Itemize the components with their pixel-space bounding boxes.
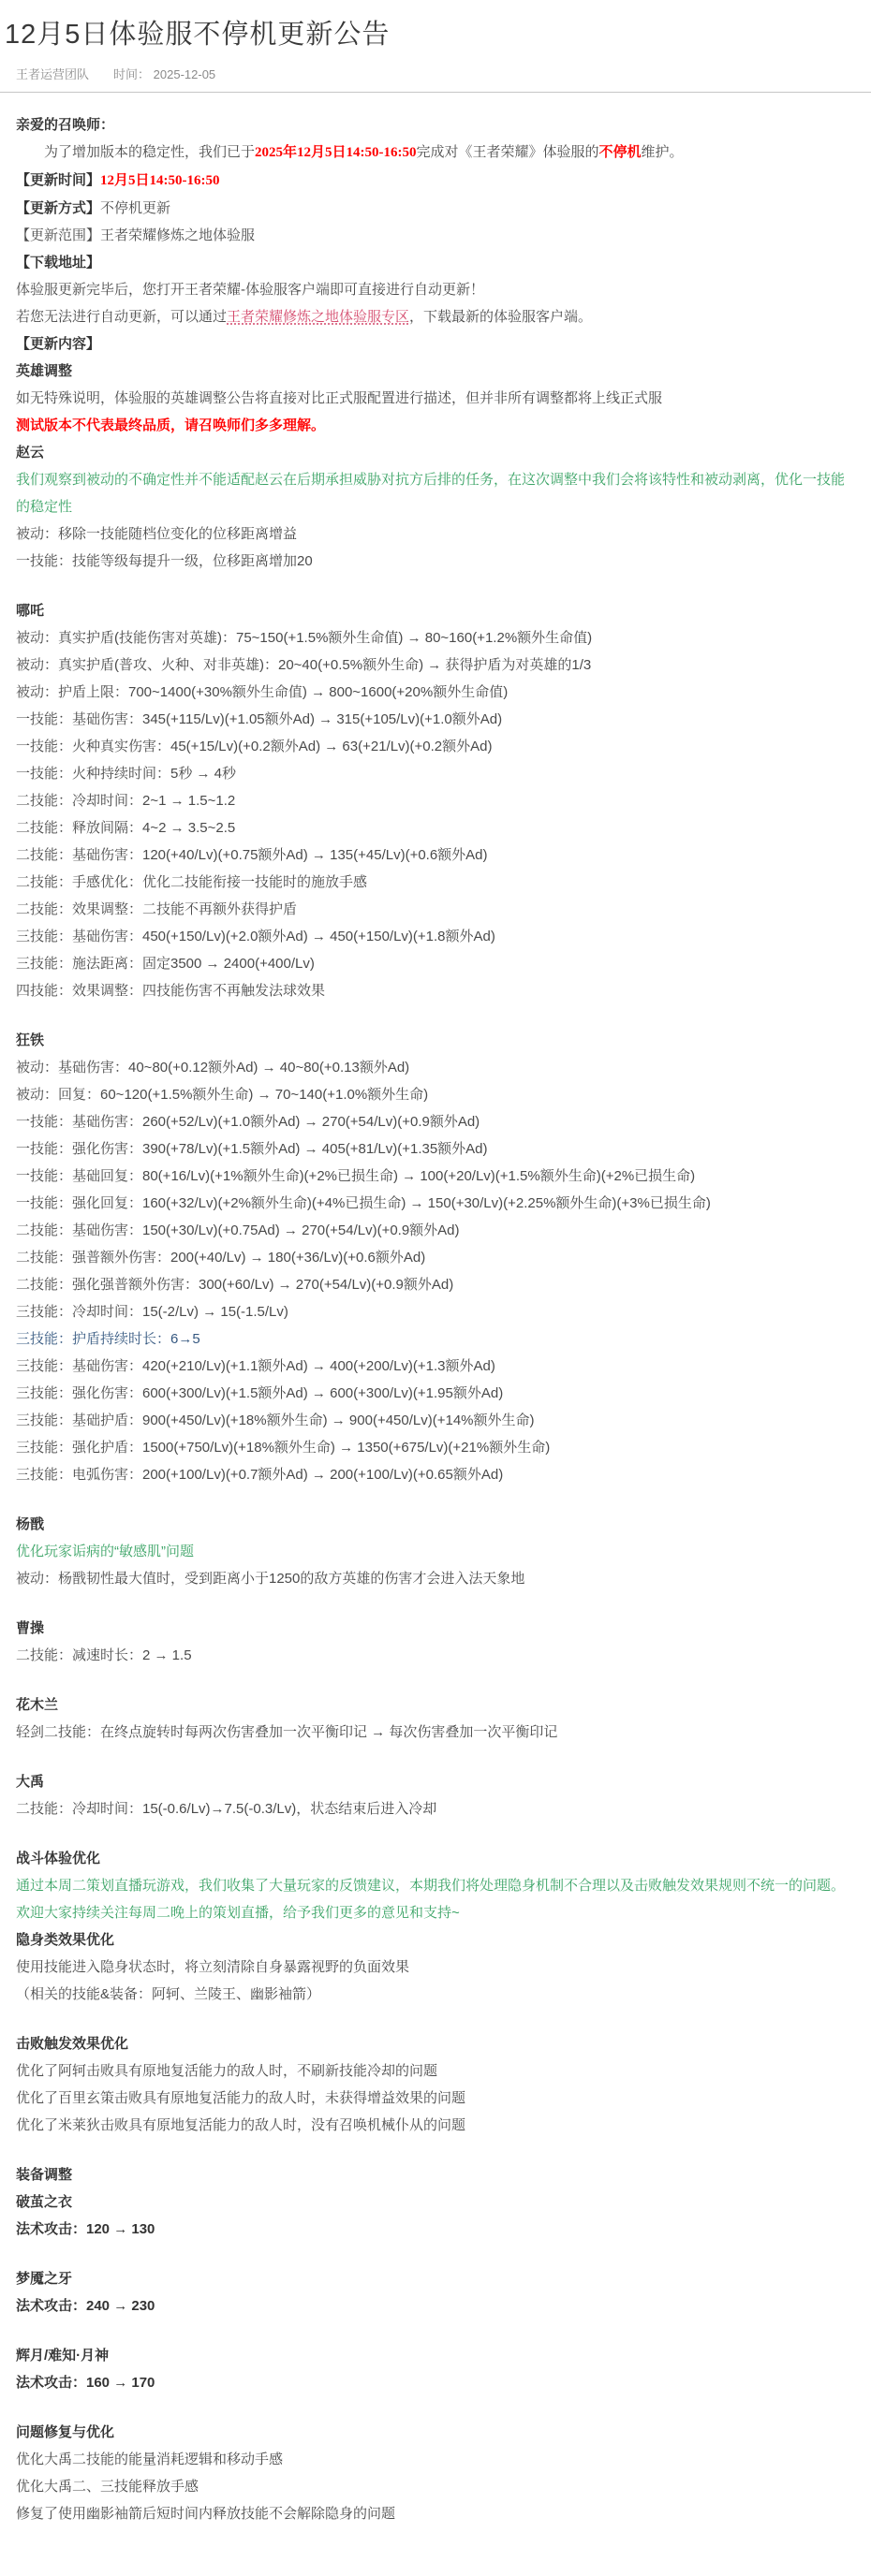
- content-line: 二技能：基础伤害：120(+40/Lv)(+0.75额外Ad) → 135(+4…: [16, 842, 852, 869]
- section-gap: [16, 575, 852, 597]
- text-segment: 一技能：基础回复：80(+16/Lv)(+1%额外生命)(+2%已损生命) → …: [16, 1168, 695, 1184]
- text-segment: 一技能：强化回复：160(+32/Lv)(+2%额外生命)(+4%已损生命) →…: [16, 1195, 711, 1211]
- text-segment: 优化大禹二技能的能量消耗逻辑和移动手感: [16, 2452, 283, 2467]
- text-segment: 法术攻击：160 → 170: [16, 2375, 155, 2391]
- text-segment: 不停机: [599, 144, 642, 160]
- meta-date: 2025-12-05: [154, 67, 216, 81]
- text-segment: 一技能：技能等级每提升一级，位移距离增加20: [16, 553, 313, 569]
- content-line: 三技能：施法距离：固定3500 → 2400(+400/Lv): [16, 950, 852, 977]
- section-gap: [16, 1822, 852, 1845]
- text-segment: 二技能：冷却时间：2~1 → 1.5~1.2: [16, 793, 235, 809]
- text-segment: 三技能：护盾持续时长：6→5: [16, 1331, 200, 1347]
- greeting-line: 亲爱的召唤师：: [16, 111, 852, 139]
- content-line: 三技能：强化护盾：1500(+750/Lv)(+18%额外生命) → 1350(…: [16, 1434, 852, 1461]
- text-segment: 被动：杨戬韧性最大值时，受到距离小于1250的敌方英雄的伤害才会进入法天象地: [16, 1571, 524, 1587]
- text-segment: 【更新范围】王者荣耀修炼之地体验服: [16, 227, 255, 243]
- text-segment: 优化了米莱狄击败具有原地复活能力的敌人时，没有召唤机械仆从的问题: [16, 2117, 465, 2133]
- content-line: 一技能：强化回复：160(+32/Lv)(+2%额外生命)(+4%已损生命) →…: [16, 1190, 852, 1217]
- content-line: 二技能：冷却时间：15(-0.6/Lv)→7.5(-0.3/Lv)，状态结束后进…: [16, 1795, 852, 1822]
- text-segment: 一技能：强化伤害：390(+78/Lv)(+1.5额外Ad) → 405(+81…: [16, 1141, 488, 1157]
- content-line: 被动：真实护盾(普攻、火种、对非英雄)：20~40(+0.5%额外生命) → 获…: [16, 651, 852, 679]
- section-gap: [16, 1004, 852, 1027]
- meta-row: 王者运营团队时间： 2025-12-05: [16, 65, 871, 82]
- content-line: 被动：移除一技能随档位变化的位移距离增益: [16, 520, 852, 548]
- text-segment: 三技能：强化护盾：1500(+750/Lv)(+18%额外生命) → 1350(…: [16, 1440, 550, 1456]
- content-line: 二技能：基础伤害：150(+30/Lv)(+0.75Ad) → 270(+54/…: [16, 1217, 852, 1244]
- text-segment: 法术攻击：240 → 230: [16, 2298, 155, 2314]
- text-segment: 优化玩家诟病的“敏感肌”问题: [16, 1544, 194, 1559]
- text-segment: 二技能：减速时长：2 → 1.5: [16, 1647, 192, 1663]
- text-segment: 完成对《王者荣耀》体验服的: [417, 144, 599, 160]
- text-segment: 被动：移除一技能随档位变化的位移距离增益: [16, 526, 297, 542]
- content-line: 一技能：基础伤害：345(+115/Lv)(+1.05额外Ad) → 315(+…: [16, 706, 852, 733]
- text-segment: 二技能：基础伤害：150(+30/Lv)(+0.75Ad) → 270(+54/…: [16, 1222, 460, 1238]
- item-heading: 梦魇之牙: [16, 2265, 852, 2292]
- text-segment: 破茧之衣: [16, 2194, 72, 2210]
- text-segment: 测试版本不代表最终品质，请召唤师们多多理解。: [16, 417, 325, 433]
- text-segment: 我们观察到被动的不确定性并不能适配赵云在后期承担威胁对抗方后排的任务，在这次调整…: [16, 472, 845, 515]
- content-line: 轻剑二技能：在终点旋转时每两次伤害叠加一次平衡印记 → 每次伤害叠加一次平衡印记: [16, 1719, 852, 1746]
- text-segment: 被动：真实护盾(技能伤害对英雄)：75~150(+1.5%额外生命值) → 80…: [16, 630, 592, 646]
- hero-heading: 杨戬: [16, 1511, 852, 1538]
- text-segment: 二技能：强普额外伤害：200(+40/Lv) → 180(+36/Lv)(+0.…: [16, 1250, 425, 1266]
- content-line: 二技能：减速时长：2 → 1.5: [16, 1642, 852, 1669]
- meta-time-label: 时间：: [113, 67, 150, 81]
- hero-heading: 曹操: [16, 1615, 852, 1642]
- content-line: 三技能：基础伤害：420(+210/Lv)(+1.1额外Ad) → 400(+2…: [16, 1353, 852, 1380]
- text-segment: 轻剑二技能：在终点旋转时每两次伤害叠加一次平衡印记 → 每次伤害叠加一次平衡印记: [16, 1724, 557, 1740]
- text-segment: 二技能：效果调整：二技能不再额外获得护盾: [16, 901, 297, 917]
- section-gap: [16, 2243, 852, 2265]
- section-heading: 击败触发效果优化: [16, 2030, 852, 2057]
- content-line: 三技能：强化伤害：600(+300/Lv)(+1.5额外Ad) → 600(+3…: [16, 1380, 852, 1407]
- meta-time: 时间： 2025-12-05: [113, 67, 215, 81]
- download-heading: 【下载地址】: [16, 249, 852, 276]
- content-line: 法术攻击：120 → 130: [16, 2216, 852, 2243]
- section-heading: 英雄调整: [16, 358, 852, 385]
- text-segment: 战斗体验优化: [16, 1851, 100, 1866]
- content-line: （相关的技能&装备：阿轲、兰陵王、幽影袖箭）: [16, 1981, 852, 2008]
- content-line: 二技能：释放间隔：4~2 → 3.5~2.5: [16, 814, 852, 842]
- content-line: 三技能：冷却时间：15(-2/Lv) → 15(-1.5/Lv): [16, 1298, 852, 1325]
- text-segment: 使用技能进入隐身状态时，将立刻清除自身暴露视野的负面效果: [16, 1959, 409, 1975]
- content-line: 一技能：强化伤害：390(+78/Lv)(+1.5额外Ad) → 405(+81…: [16, 1135, 852, 1163]
- content-line: 测试版本不代表最终品质，请召唤师们多多理解。: [16, 412, 852, 439]
- content-line: 二技能：强化强普额外伤害：300(+60/Lv) → 270(+54/Lv)(+…: [16, 1271, 852, 1298]
- text-segment: 哪吒: [16, 603, 44, 619]
- text-segment: 通过本周二策划直播玩游戏，我们收集了大量玩家的反馈建议，本期我们将处理隐身机制不…: [16, 1878, 845, 1921]
- text-segment: 赵云: [16, 445, 44, 461]
- content-line: 被动：回复：60~120(+1.5%额外生命) → 70~140(+1.0%额外…: [16, 1081, 852, 1108]
- text-segment: 被动：基础伤害：40~80(+0.12额外Ad) → 40~80(+0.13额外…: [16, 1060, 409, 1076]
- section-gap: [16, 2396, 852, 2419]
- item-heading: 破茧之衣: [16, 2188, 852, 2216]
- text-segment: 辉月/难知·月神: [16, 2348, 109, 2364]
- text-segment: 被动：护盾上限：700~1400(+30%额外生命值) → 800~1600(+…: [16, 684, 508, 700]
- announcement-body: 亲爱的召唤师：为了增加版本的稳定性，我们已于2025年12月5日14:50-16…: [0, 106, 871, 2527]
- content-line: 三技能：基础伤害：450(+150/Lv)(+2.0额外Ad) → 450(+1…: [16, 923, 852, 950]
- section-gap: [16, 1746, 852, 1768]
- text-segment: 2025年12月5日14:50-16:50: [255, 145, 417, 160]
- text-segment: 一技能：火种持续时间：5秒 → 4秒: [16, 766, 236, 782]
- text-segment: 被动：回复：60~120(+1.5%额外生命) → 70~140(+1.0%额外…: [16, 1087, 428, 1103]
- item-heading: 辉月/难知·月神: [16, 2342, 852, 2369]
- hero-heading: 赵云: [16, 439, 852, 466]
- text-segment: 击败触发效果优化: [16, 2036, 128, 2052]
- text-segment: 优化大禹二、三技能释放手感: [16, 2479, 199, 2495]
- content-line: 优化大禹二、三技能释放手感: [16, 2473, 852, 2500]
- meta-author: 王者运营团队: [16, 67, 89, 81]
- text-segment: 维护。: [642, 144, 684, 160]
- content-line: 二技能：冷却时间：2~1 → 1.5~1.2: [16, 787, 852, 814]
- text-segment: 二技能：强化强普额外伤害：300(+60/Lv) → 270(+54/Lv)(+…: [16, 1277, 453, 1293]
- text-segment: 三技能：冷却时间：15(-2/Lv) → 15(-1.5/Lv): [16, 1304, 288, 1320]
- text-segment: 狂铁: [16, 1032, 44, 1048]
- content-line: 三技能：电弧伤害：200(+100/Lv)(+0.7额外Ad) → 200(+1…: [16, 1461, 852, 1488]
- content-line: 如无特殊说明，体验服的英雄调整公告将直接对比正式服配置进行描述，但并非所有调整都…: [16, 385, 852, 412]
- text-segment: 花木兰: [16, 1697, 58, 1713]
- text-segment: 体验服更新完毕后，您打开王者荣耀-体验服客户端即可直接进行自动更新！: [16, 282, 484, 298]
- text-segment: 问题修复与优化: [16, 2424, 114, 2440]
- text-segment: 法术攻击：120 → 130: [16, 2221, 155, 2237]
- text-segment: 三技能：基础护盾：900(+450/Lv)(+18%额外生命) → 900(+4…: [16, 1412, 535, 1428]
- update-scope-line: 【更新范围】王者荣耀修炼之地体验服: [16, 222, 852, 249]
- text-segment: 12月5日14:50-16:50: [100, 173, 220, 188]
- content-line: 二技能：手感优化：优化二技能衔接一技能时的施放手感: [16, 869, 852, 896]
- update-method-line: 【更新方式】不停机更新: [16, 195, 852, 222]
- content-line: 一技能：基础回复：80(+16/Lv)(+1%额外生命)(+2%已损生命) → …: [16, 1163, 852, 1190]
- content-line: 一技能：火种持续时间：5秒 → 4秒: [16, 760, 852, 787]
- text-segment: 英雄调整: [16, 363, 72, 379]
- section-heading: 问题修复与优化: [16, 2419, 852, 2446]
- content-line: 优化大禹二技能的能量消耗逻辑和移动手感: [16, 2446, 852, 2473]
- text-segment: 一技能：火种真实伤害：45(+15/Lv)(+0.2额外Ad) → 63(+21…: [16, 739, 493, 754]
- content-line: 二技能：效果调整：二技能不再额外获得护盾: [16, 896, 852, 923]
- text-segment: 不停机更新: [100, 200, 170, 216]
- content-line: 一技能：火种真实伤害：45(+15/Lv)(+0.2额外Ad) → 63(+21…: [16, 733, 852, 760]
- text-segment: 一技能：基础伤害：260(+52/Lv)(+1.0额外Ad) → 270(+54…: [16, 1114, 480, 1130]
- text-segment: 被动：真实护盾(普攻、火种、对非英雄)：20~40(+0.5%额外生命) → 获…: [16, 657, 591, 673]
- section-gap: [16, 2139, 852, 2161]
- content-line: 我们观察到被动的不确定性并不能适配赵云在后期承担威胁对抗方后排的任务，在这次调整…: [16, 466, 852, 520]
- text-segment: 若您无法进行自动更新，可以通过: [16, 309, 227, 325]
- page-title: 12月5日体验服不停机更新公告: [5, 13, 871, 51]
- text-segment: 【更新时间】: [16, 172, 100, 188]
- hero-heading: 哪吒: [16, 597, 852, 624]
- content-line: 优化了米莱狄击败具有原地复活能力的敌人时，没有召唤机械仆从的问题: [16, 2112, 852, 2139]
- text-segment: 三技能：施法距离：固定3500 → 2400(+400/Lv): [16, 956, 315, 972]
- content-line: 体验服更新完毕后，您打开王者荣耀-体验服客户端即可直接进行自动更新！: [16, 276, 852, 303]
- section-gap: [16, 2320, 852, 2342]
- section-gap: [16, 1592, 852, 1615]
- text-segment: 四技能：效果调整：四技能伤害不再触发法球效果: [16, 983, 325, 999]
- update-time-line: 【更新时间】12月5日14:50-16:50: [16, 167, 852, 195]
- text-segment: 【下载地址】: [16, 255, 100, 271]
- content-line: 被动：杨戬韧性最大值时，受到距离小于1250的敌方英雄的伤害才会进入法天象地: [16, 1565, 852, 1592]
- content-line: 为了增加版本的稳定性，我们已于2025年12月5日14:50-16:50完成对《…: [16, 139, 852, 167]
- content-line: 一技能：技能等级每提升一级，位移距离增加20: [16, 548, 852, 575]
- section-heading: 装备调整: [16, 2161, 852, 2188]
- text-segment: ，下载最新的体验服客户端。: [409, 309, 592, 325]
- content-line: 优化玩家诟病的“敏感肌”问题: [16, 1538, 852, 1565]
- section-gap: [16, 1488, 852, 1511]
- section-heading: 隐身类效果优化: [16, 1926, 852, 1954]
- hero-heading: 大禹: [16, 1768, 852, 1795]
- text-segment: 二技能：冷却时间：15(-0.6/Lv)→7.5(-0.3/Lv)，状态结束后进…: [16, 1801, 436, 1817]
- text-segment: 如无特殊说明，体验服的英雄调整公告将直接对比正式服配置进行描述，但并非所有调整都…: [16, 390, 662, 406]
- hero-heading: 狂铁: [16, 1027, 852, 1054]
- section-gap: [16, 2008, 852, 2030]
- text-segment: 大禹: [16, 1774, 44, 1790]
- text-segment: 修复了使用幽影袖箭后短时间内释放技能不会解除隐身的问题: [16, 2506, 395, 2522]
- content-line: 通过本周二策划直播玩游戏，我们收集了大量玩家的反馈建议，本期我们将处理隐身机制不…: [16, 1872, 852, 1926]
- text-segment: 优化了百里玄策击败具有原地复活能力的敌人时，未获得增益效果的问题: [16, 2090, 465, 2106]
- content-line: 一技能：基础伤害：260(+52/Lv)(+1.0额外Ad) → 270(+54…: [16, 1108, 852, 1135]
- content-line: 二技能：强普额外伤害：200(+40/Lv) → 180(+36/Lv)(+0.…: [16, 1244, 852, 1271]
- section-heading: 战斗体验优化: [16, 1845, 852, 1872]
- text-segment: 杨戬: [16, 1516, 44, 1532]
- text-segment: 二技能：手感优化：优化二技能衔接一技能时的施放手感: [16, 874, 367, 890]
- text-segment: 装备调整: [16, 2167, 72, 2183]
- text-segment: 梦魇之牙: [16, 2271, 72, 2287]
- text-segment: 三技能：电弧伤害：200(+100/Lv)(+0.7额外Ad) → 200(+1…: [16, 1467, 503, 1483]
- text-segment: 优化了阿轲击败具有原地复活能力的敌人时，不刷新技能冷却的问题: [16, 2063, 437, 2079]
- text-segment: 三技能：基础伤害：450(+150/Lv)(+2.0额外Ad) → 450(+1…: [16, 929, 495, 944]
- announcement-page: 12月5日体验服不停机更新公告 王者运营团队时间： 2025-12-05 亲爱的…: [0, 0, 871, 2565]
- content-line: 修复了使用幽影袖箭后短时间内释放技能不会解除隐身的问题: [16, 2500, 852, 2527]
- content-line: 被动：基础伤害：40~80(+0.12额外Ad) → 40~80(+0.13额外…: [16, 1054, 852, 1081]
- download-zone-link[interactable]: 王者荣耀修炼之地体验服专区: [227, 309, 409, 325]
- content-line: 被动：真实护盾(技能伤害对英雄)：75~150(+1.5%额外生命值) → 80…: [16, 624, 852, 651]
- text-segment: 为了增加版本的稳定性，我们已于: [44, 144, 255, 160]
- section-heading: 【更新内容】: [16, 330, 852, 358]
- text-segment: 隐身类效果优化: [16, 1932, 114, 1948]
- content-line: 优化了百里玄策击败具有原地复活能力的敌人时，未获得增益效果的问题: [16, 2085, 852, 2112]
- hero-heading: 花木兰: [16, 1691, 852, 1719]
- content-line: 三技能：基础护盾：900(+450/Lv)(+18%额外生命) → 900(+4…: [16, 1407, 852, 1434]
- content-line: 使用技能进入隐身状态时，将立刻清除自身暴露视野的负面效果: [16, 1954, 852, 1981]
- content-line: 优化了阿轲击败具有原地复活能力的敌人时，不刷新技能冷却的问题: [16, 2057, 852, 2085]
- text-segment: 【更新内容】: [16, 336, 100, 352]
- text-segment: （相关的技能&装备：阿轲、兰陵王、幽影袖箭）: [16, 1986, 320, 2002]
- content-line: 三技能：护盾持续时长：6→5: [16, 1325, 852, 1353]
- text-segment: 二技能：基础伤害：120(+40/Lv)(+0.75额外Ad) → 135(+4…: [16, 847, 488, 863]
- content-line: 法术攻击：240 → 230: [16, 2292, 852, 2320]
- content-line: 四技能：效果调整：四技能伤害不再触发法球效果: [16, 977, 852, 1004]
- divider: [0, 92, 871, 93]
- text-segment: 一技能：基础伤害：345(+115/Lv)(+1.05额外Ad) → 315(+…: [16, 711, 502, 727]
- text-segment: 三技能：基础伤害：420(+210/Lv)(+1.1额外Ad) → 400(+2…: [16, 1358, 495, 1374]
- text-segment: 【更新方式】: [16, 200, 100, 216]
- text-segment: 曹操: [16, 1620, 44, 1636]
- text-segment: 三技能：强化伤害：600(+300/Lv)(+1.5额外Ad) → 600(+3…: [16, 1385, 503, 1401]
- section-gap: [16, 1669, 852, 1691]
- content-line: 法术攻击：160 → 170: [16, 2369, 852, 2396]
- text-segment: 亲爱的召唤师：: [16, 117, 114, 133]
- text-segment: 二技能：释放间隔：4~2 → 3.5~2.5: [16, 820, 235, 836]
- content-line: 若您无法进行自动更新，可以通过王者荣耀修炼之地体验服专区，下载最新的体验服客户端…: [16, 303, 852, 330]
- content-line: 被动：护盾上限：700~1400(+30%额外生命值) → 800~1600(+…: [16, 679, 852, 706]
